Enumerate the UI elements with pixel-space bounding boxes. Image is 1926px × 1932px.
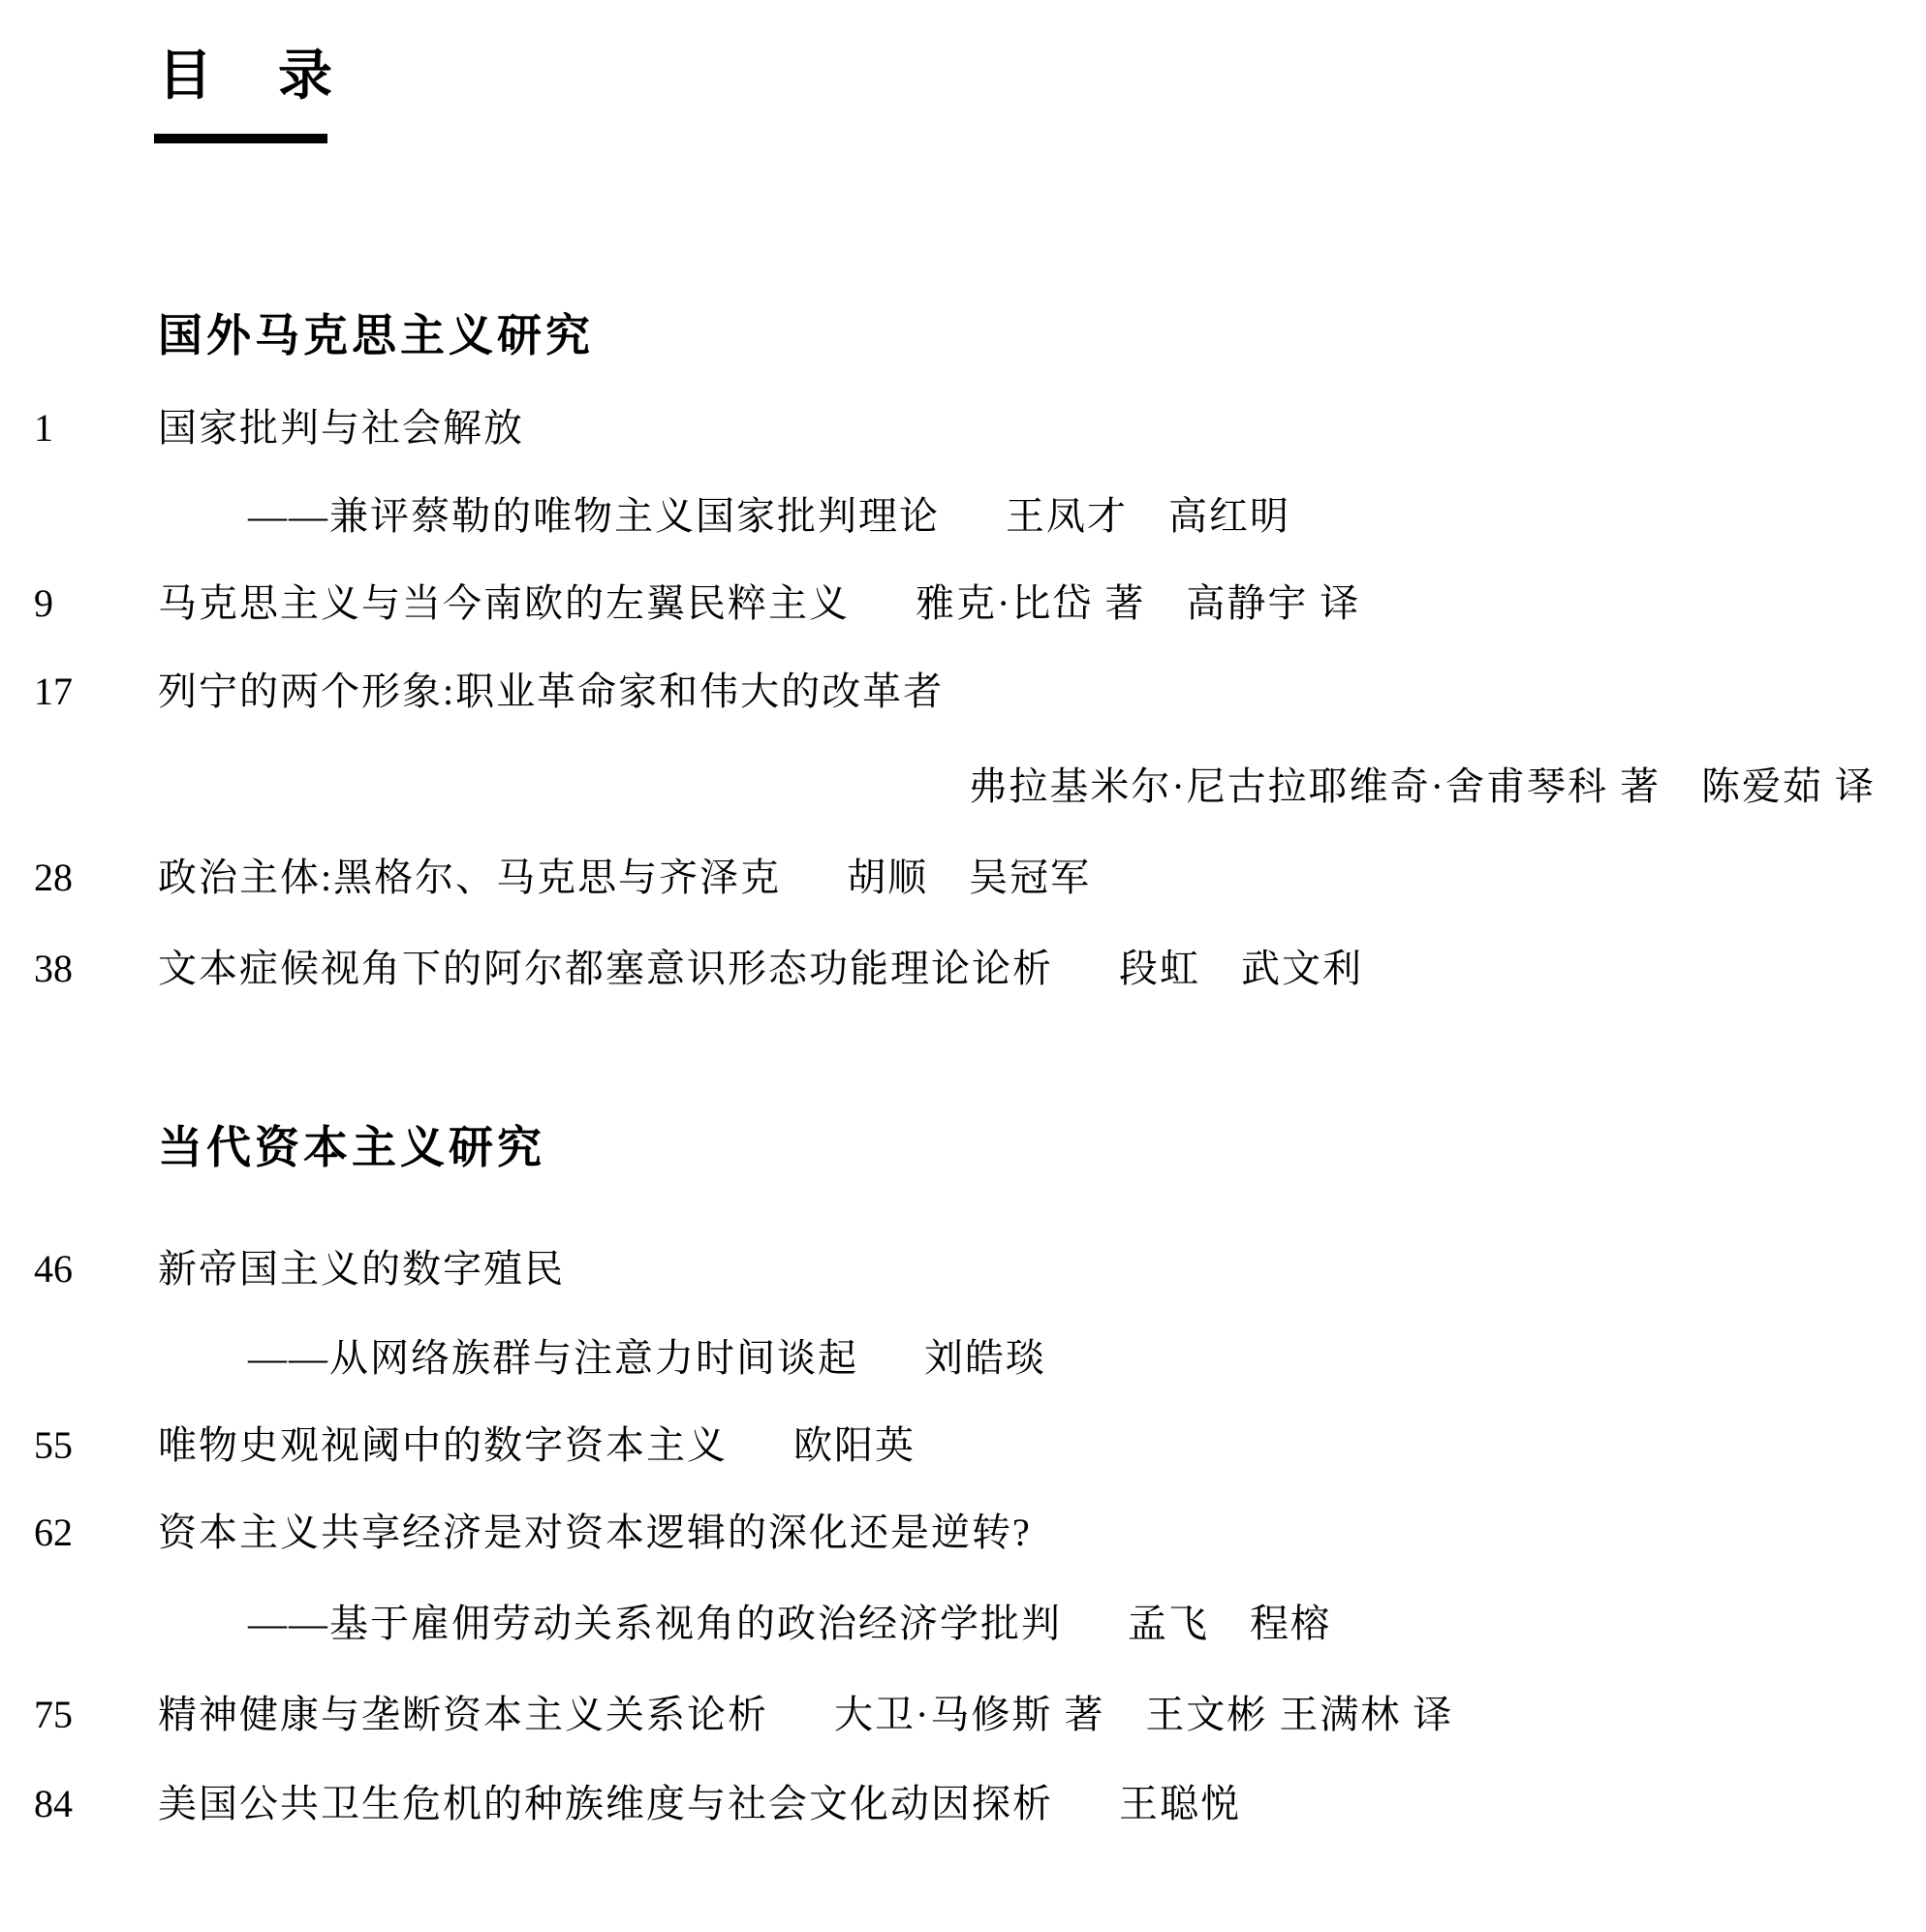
entry-title: 列宁的两个形象:职业革命家和伟大的改革者: [158, 670, 944, 713]
entry-page-number: 46: [34, 1250, 73, 1289]
entry-title: 精神健康与垄断资本主义关系论析: [158, 1693, 768, 1736]
entry-title: 政治主体:黑格尔、马克思与齐泽克: [158, 856, 781, 899]
toc-entry-subtitle: ——从网络族群与注意力时间谈起 刘皓琰: [0, 1339, 1926, 1378]
toc-entry-subtitle: ——基于雇佣劳动关系视角的政治经济学批判 孟飞 程榕: [0, 1605, 1926, 1643]
toc-page: 目 录 国外马克思主义研究 1 国家批判与社会解放 ——兼评蔡勒的唯物主义国家批…: [0, 0, 1926, 1932]
entry-authors: 欧阳英: [793, 1423, 916, 1467]
section-heading-contemporary-capitalism: 当代资本主义研究: [158, 1112, 545, 1176]
entry-subtitle: ——兼评蔡勒的唯物主义国家批判理论: [248, 494, 940, 538]
entry-title: 美国公共卫生危机的种族维度与社会文化动因探析: [158, 1782, 1053, 1825]
entry-title: 资本主义共享经济是对资本逻辑的深化还是逆转?: [158, 1511, 1032, 1554]
entry-authors: 大卫·马修斯 著 王文彬 王满林 译: [834, 1693, 1453, 1736]
toc-entry: 28 政治主体:黑格尔、马克思与齐泽克 胡顺 吴冠军: [0, 858, 1926, 897]
toc-entry: 1 国家批判与社会解放: [0, 409, 1926, 448]
entry-page-number: 55: [34, 1426, 73, 1465]
entry-page-number: 17: [34, 672, 73, 711]
toc-entry: 55 唯物史观视阈中的数字资本主义 欧阳英: [0, 1426, 1926, 1465]
entry-authors: 刘皓琰: [924, 1336, 1046, 1380]
entry-subtitle: ——从网络族群与注意力时间谈起: [248, 1336, 858, 1380]
entry-page-number: 1: [34, 409, 53, 448]
entry-title: 唯物史观视阈中的数字资本主义: [158, 1423, 728, 1467]
toc-entry: 46 新帝国主义的数字殖民: [0, 1250, 1926, 1289]
page-title: 目 录: [158, 33, 338, 110]
entry-authors: 孟飞 程榕: [1128, 1602, 1331, 1645]
entry-authors: 段虹 武文利: [1119, 947, 1363, 990]
section-heading-foreign-marxism: 国外马克思主义研究: [158, 300, 594, 364]
toc-entry-authors-line: 弗拉基米尔·尼古拉耶维奇·舍甫琴科 著 陈爱茹 译: [0, 767, 1926, 806]
toc-entry: 75 精神健康与垄断资本主义关系论析 大卫·马修斯 著 王文彬 王满林 译: [0, 1696, 1926, 1734]
toc-entry: 84 美国公共卫生危机的种族维度与社会文化动因探析 王聪悦: [0, 1785, 1926, 1823]
entry-title: 马克思主义与当今南欧的左翼民粹主义: [158, 581, 850, 625]
entry-authors: 弗拉基米尔·尼古拉耶维奇·舍甫琴科 著 陈爱茹 译: [968, 764, 1876, 808]
entry-page-number: 28: [34, 858, 73, 897]
entry-page-number: 9: [34, 584, 53, 623]
toc-entry: 9 马克思主义与当今南欧的左翼民粹主义 雅克·比岱 著 高静宇 译: [0, 584, 1926, 623]
entry-page-number: 84: [34, 1785, 73, 1823]
entry-page-number: 38: [34, 950, 73, 988]
entry-title: 新帝国主义的数字殖民: [158, 1247, 565, 1291]
entry-authors: 胡顺 吴冠军: [847, 856, 1091, 899]
entry-title: 文本症候视角下的阿尔都塞意识形态功能理论论析: [158, 947, 1053, 990]
entry-authors: 雅克·比岱 著 高静宇 译: [916, 581, 1360, 625]
title-underline: [154, 134, 327, 143]
entry-authors: 王聪悦: [1119, 1782, 1241, 1825]
toc-entry: 62 资本主义共享经济是对资本逻辑的深化还是逆转?: [0, 1513, 1926, 1552]
toc-entry: 38 文本症候视角下的阿尔都塞意识形态功能理论论析 段虹 武文利: [0, 950, 1926, 988]
entry-title: 国家批判与社会解放: [158, 406, 524, 450]
toc-entry-subtitle: ——兼评蔡勒的唯物主义国家批判理论 王凤才 高红明: [0, 497, 1926, 536]
entry-subtitle: ——基于雇佣劳动关系视角的政治经济学批判: [248, 1602, 1062, 1645]
entry-page-number: 75: [34, 1696, 73, 1734]
toc-entry: 17 列宁的两个形象:职业革命家和伟大的改革者: [0, 672, 1926, 711]
entry-page-number: 62: [34, 1513, 73, 1552]
entry-authors: 王凤才 高红明: [1006, 494, 1290, 538]
